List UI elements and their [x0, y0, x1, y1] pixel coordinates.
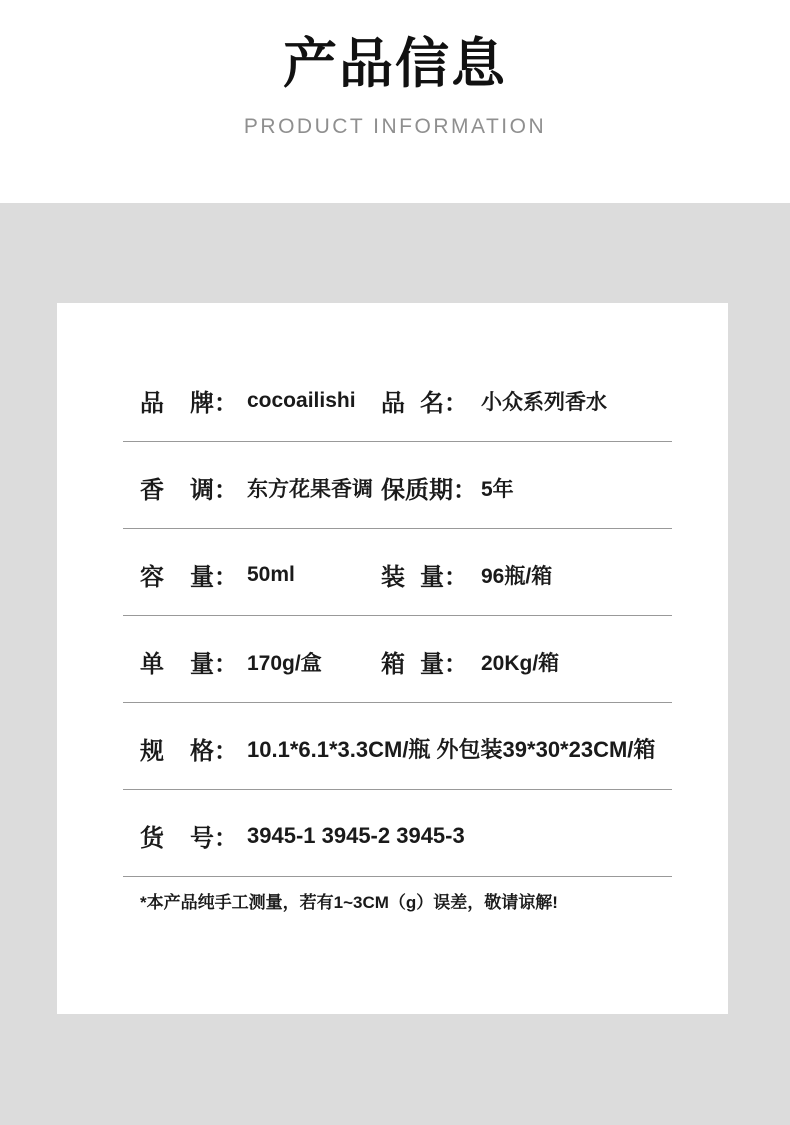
spec-row-unit-weight: 单 量： 170g/盒 箱 量： 20Kg/箱 [123, 616, 672, 703]
spec-label-char: 容 [140, 557, 164, 592]
spec-label-brand: 品 牌： [140, 383, 238, 418]
spec-label-char: 量： [190, 644, 238, 679]
product-info-card: 品 牌： cocoailishi 品 名： 小众系列香水 香 调： 东方 [57, 303, 728, 1014]
spec-label-char: 装 [381, 557, 405, 592]
spec-label-pack-quantity: 装 量： [381, 557, 468, 592]
page-title: 产品信息 [0, 0, 790, 97]
spec-label-char: 货 [140, 818, 164, 853]
spec-label-item-number: 货 号： [140, 818, 238, 853]
spec-label-char: 质 [405, 470, 429, 505]
spec-label-char: 量： [190, 557, 238, 592]
spec-label-product-name: 品 名： [381, 383, 468, 418]
spec-value-shelf-life: 5年 [481, 473, 514, 503]
spec-label-char: 期： [429, 470, 477, 505]
spec-row-brand: 品 牌： cocoailishi 品 名： 小众系列香水 [123, 355, 672, 442]
spec-value-dimensions: 10.1*6.1*3.3CM/瓶 外包装39*30*23CM/箱 [247, 733, 672, 764]
spec-value-unit-weight: 170g/盒 [247, 647, 381, 677]
spec-label-char: 调： [190, 470, 238, 505]
spec-value-volume: 50ml [247, 563, 381, 587]
spec-row-item-number: 货 号： 3945-1 3945-2 3945-3 [123, 790, 672, 877]
spec-value-item-number: 3945-1 3945-2 3945-3 [247, 823, 672, 849]
spec-label-char: 牌： [190, 383, 238, 418]
spec-label-char: 香 [140, 470, 164, 505]
spec-value-brand: cocoailishi [247, 389, 381, 413]
spec-label-unit-weight: 单 量： [140, 644, 238, 679]
spec-row-dimensions: 规 格： 10.1*6.1*3.3CM/瓶 外包装39*30*23CM/箱 [123, 703, 672, 790]
spec-label-char: 量： [420, 644, 468, 679]
spec-value-product-name: 小众系列香水 [481, 386, 607, 416]
spec-label-char: 名： [420, 383, 468, 418]
spec-row-volume: 容 量： 50ml 装 量： 96瓶/箱 [123, 529, 672, 616]
spec-label-carton-weight: 箱 量： [381, 644, 468, 679]
page: 产品信息 PRODUCT INFORMATION 品 牌： cocoailish… [0, 0, 790, 1014]
spec-label-char: 保 [381, 470, 405, 505]
spec-value-pack-quantity: 96瓶/箱 [481, 560, 552, 590]
measurement-disclaimer: *本产品纯手工测量，若有1~3CM（g）误差，敬请谅解! [123, 890, 672, 916]
spec-value-scent: 东方花果香调 [247, 473, 381, 503]
spec-label-char: 品 [381, 383, 405, 418]
spec-label-char: 品 [140, 383, 164, 418]
spec-row-scent: 香 调： 东方花果香调 保 质 期： 5年 [123, 442, 672, 529]
spec-value-carton-weight: 20Kg/箱 [481, 647, 559, 677]
spec-table: 品 牌： cocoailishi 品 名： 小众系列香水 香 调： 东方 [57, 303, 728, 916]
spec-label-char: 单 [140, 644, 164, 679]
content-area: 品 牌： cocoailishi 品 名： 小众系列香水 香 调： 东方 [0, 303, 790, 1014]
spec-label-dimensions: 规 格： [140, 731, 238, 766]
spec-label-volume: 容 量： [140, 557, 238, 592]
spec-label-char: 箱 [381, 644, 405, 679]
spec-label-char: 规 [140, 731, 164, 766]
spec-label-char: 量： [420, 557, 468, 592]
header: 产品信息 PRODUCT INFORMATION [0, 0, 790, 203]
spec-label-char: 格： [190, 731, 238, 766]
spec-label-char: 号： [190, 818, 238, 853]
spec-label-shelf-life: 保 质 期： [381, 470, 468, 505]
page-subtitle: PRODUCT INFORMATION [0, 115, 790, 139]
spec-label-scent: 香 调： [140, 470, 238, 505]
